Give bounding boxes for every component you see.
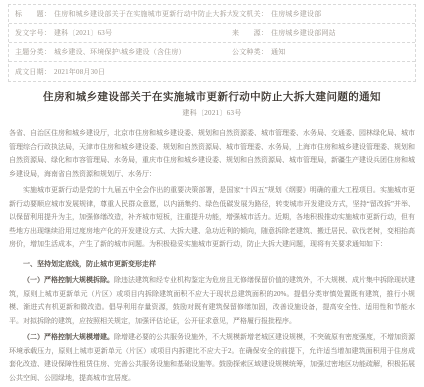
meta-cell-left: 标 题：住房和城乡建设部关于在实施城市更新行动中防止大拆大建问题的通知 <box>9 9 232 19</box>
meta-label: 公文种类： <box>232 47 268 57</box>
meta-cell-right: 发文机关：住房城乡建设部 <box>232 9 415 19</box>
document-body: 各省、自治区住房和城乡建设厅，北京市住房和城乡建设委、规划和自然资源委、城市管理… <box>8 127 416 385</box>
meta-cell-left: 发文字号：建科〔2021〕63号 <box>9 28 232 38</box>
meta-value: 城乡建设、环境保护\城乡建设（含住房） <box>54 47 186 57</box>
meta-value: 通知 <box>271 47 285 57</box>
meta-label: 主题分类： <box>15 47 51 57</box>
paragraph-lead: （一）严格控制大规模拆除。 <box>23 276 114 284</box>
document-title: 住房和城乡建设部关于在实施城市更新行动中防止大拆大建问题的通知 <box>8 92 416 104</box>
paragraph-lead: （二）严格控制大规模增建。 <box>23 333 114 341</box>
document-number: 建科〔2021〕63号 <box>8 108 416 118</box>
meta-row: 发文字号：建科〔2021〕63号来 源：住房城乡建设部网站 <box>9 24 415 43</box>
paragraph-salutation: 各省、自治区住房和城乡建设厅，北京市住房和城乡建设委、规划和自然资源委、城市管理… <box>9 127 415 181</box>
meta-cell-right: 来 源：住房城乡建设部网站 <box>232 28 415 38</box>
meta-label: 发文机关： <box>232 9 268 19</box>
meta-table: 标 题：住房和城乡建设部关于在实施城市更新行动中防止大拆大建问题的通知发文机关：… <box>8 4 416 82</box>
paragraph-heading: 一、坚持划定底线，防止城市更新变形走样 <box>9 258 415 272</box>
paragraph-body: 实施城市更新行动是党的十九届五中全会作出的重要决策部署，是国家“十四五”规划《纲… <box>9 184 415 252</box>
meta-value: 住房和城乡建设部关于在实施城市更新行动中防止大拆大建问题的通知 <box>54 9 232 19</box>
meta-label: 成文日期： <box>15 67 51 77</box>
meta-label: 来 源： <box>232 28 268 38</box>
meta-value: 住房城乡建设部 <box>271 9 321 19</box>
meta-cell-right: 公文种类：通知 <box>232 47 415 57</box>
meta-label: 标 题： <box>15 9 51 19</box>
paragraph-item: （二）严格控制大规模增建。除增建必要的公共服务设施外，不大规模新增老城区建设规模… <box>9 331 415 385</box>
meta-cell-left: 成文日期：2021年08月30日 <box>9 67 232 77</box>
meta-value: 住房城乡建设部网站 <box>271 28 336 38</box>
meta-cell-left: 主题分类：城乡建设、环境保护\城乡建设（含住房） <box>9 47 232 57</box>
meta-value: 建科〔2021〕63号 <box>54 28 112 38</box>
meta-row: 成文日期：2021年08月30日 <box>9 62 415 81</box>
meta-row: 主题分类：城乡建设、环境保护\城乡建设（含住房）公文种类：通知 <box>9 43 415 62</box>
document-page: 标 题：住房和城乡建设部关于在实施城市更新行动中防止大拆大建问题的通知发文机关：… <box>0 0 424 385</box>
meta-value: 2021年08月30日 <box>54 67 105 77</box>
meta-row: 标 题：住房和城乡建设部关于在实施城市更新行动中防止大拆大建问题的通知发文机关：… <box>9 5 415 24</box>
paragraph-item: （一）严格控制大规模拆除。除违法建筑和经专业机构鉴定为危房且无修缮保留价值的建筑… <box>9 274 415 328</box>
meta-label: 发文字号： <box>15 28 51 38</box>
